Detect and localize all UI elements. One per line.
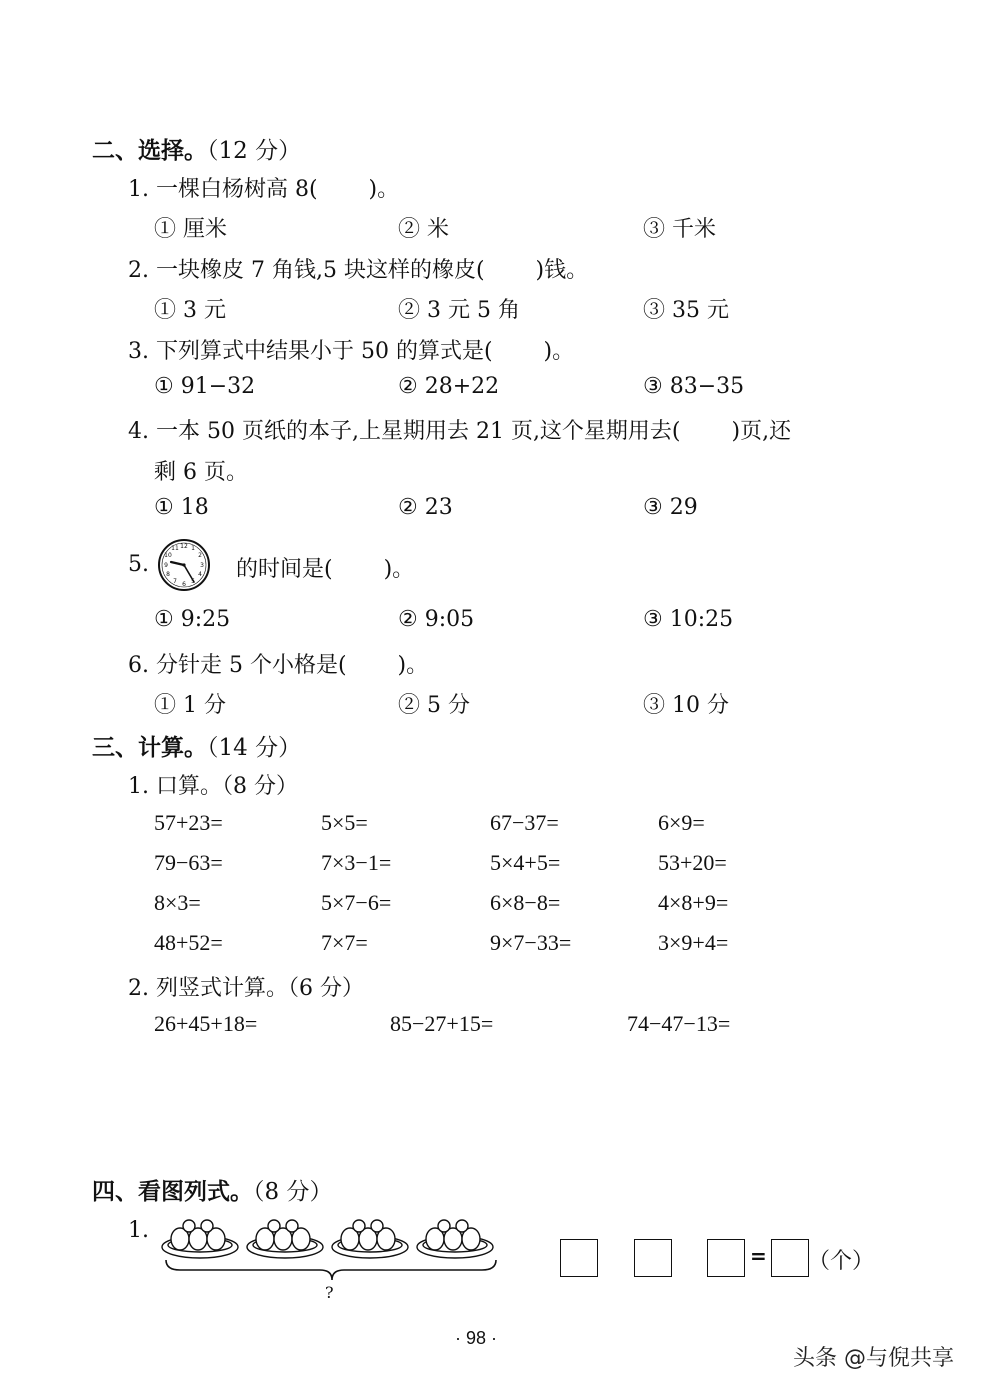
unit-label: （个） [808,1244,874,1275]
svg-text:11: 11 [171,545,179,552]
svg-text:8: 8 [166,571,170,578]
section-3-heading: 三、计算。（14 分） [92,729,301,762]
calc-item: 8×3= [154,890,201,916]
calc-item: 67−37= [490,810,559,836]
q5-option-2[interactable]: ② 9:05 [398,607,474,632]
calc-item: 9×7−33= [490,930,571,956]
q2-option-3[interactable]: ③ 35 元 [643,293,729,324]
question-3: 3. 下列算式中结果小于 50 的算式是( )。 [128,334,574,365]
svg-text:6: 6 [182,581,186,588]
q3-option-2[interactable]: ② 28+22 [398,374,499,399]
svg-text:9: 9 [164,562,168,569]
equals-sign: = [750,1244,767,1268]
section-score: （8 分） [253,1179,332,1205]
vertical-calc-title: 2. 列竖式计算。（6 分） [128,971,364,1002]
question-1: 1. 一棵白杨树高 8( )。 [128,172,399,203]
answer-box-result[interactable] [771,1239,809,1277]
q6-option-1[interactable]: ① 1 分 [154,688,226,719]
section-score: （14 分） [207,735,301,761]
q1-option-3[interactable]: ③ 千米 [643,212,716,243]
page-number: · 98 · [455,1328,497,1349]
answer-box-2[interactable] [634,1239,672,1277]
vertical-calc-item: 85−27+15= [390,1011,493,1037]
question-6: 6. 分针走 5 个小格是( )。 [128,648,428,679]
svg-text:12: 12 [180,543,188,550]
watermark: 头条 @与倪共享 [793,1341,954,1372]
vertical-calc-item: 74−47−13= [627,1011,730,1037]
section-4-heading: 四、看图列式。（8 分） [92,1173,332,1206]
question-4-continued: 剩 6 页。 [154,455,248,486]
calc-item: 6×8−8= [490,890,560,916]
q1-option-1[interactable]: ① 厘米 [154,212,227,243]
brace-question-mark: ? [325,1283,334,1302]
q6-option-2[interactable]: ② 5 分 [398,688,470,719]
svg-text:1: 1 [191,545,195,552]
question-2: 2. 一块橡皮 7 角钱,5 块这样的橡皮( )钱。 [128,253,588,284]
q4-option-3[interactable]: ③ 29 [643,495,698,520]
calc-item: 3×9+4= [658,930,728,956]
picture-question-number: 1. [128,1218,149,1243]
section-title: 二、选择。 [92,138,207,164]
calc-item: 6×9= [658,810,705,836]
q5-option-3[interactable]: ③ 10:25 [643,607,733,632]
calc-item: 5×4+5= [490,850,560,876]
q4-option-1[interactable]: ① 18 [154,495,209,520]
calc-item: 48+52= [154,930,223,956]
question-4: 4. 一本 50 页纸的本子,上星期用去 21 页,这个星期用去( )页,还 [128,414,791,445]
svg-text:10: 10 [164,552,172,559]
calc-item: 7×7= [321,930,368,956]
svg-text:4: 4 [198,571,202,578]
answer-box-1[interactable] [560,1239,598,1277]
q6-option-3[interactable]: ③ 10 分 [643,688,729,719]
question-5: 的时间是( )。 [236,552,414,583]
calc-item: 5×7−6= [321,890,391,916]
svg-text:7: 7 [173,578,177,585]
question-5-number: 5. [128,552,149,577]
q2-option-2[interactable]: ② 3 元 5 角 [398,293,520,324]
section-title: 四、看图列式。 [92,1179,253,1205]
q3-option-1[interactable]: ① 91−32 [154,374,255,399]
q1-option-2[interactable]: ② 米 [398,212,449,243]
calc-item: 7×3−1= [321,850,391,876]
vertical-calc-item: 26+45+18= [154,1011,257,1037]
section-title: 三、计算。 [92,735,207,761]
q4-option-2[interactable]: ② 23 [398,495,453,520]
calc-item: 79−63= [154,850,223,876]
mental-math-title: 1. 口算。（8 分） [128,769,298,800]
q3-option-3[interactable]: ③ 83−35 [643,374,744,399]
svg-text:2: 2 [198,552,202,559]
section-2-heading: 二、选择。（12 分） [92,132,301,165]
clock-icon: 1212 345 678 91011 [157,538,211,592]
answer-box-3[interactable] [707,1239,745,1277]
section-score: （12 分） [207,138,301,164]
calc-item: 53+20= [658,850,727,876]
calc-item: 5×5= [321,810,368,836]
calc-item: 57+23= [154,810,223,836]
svg-text:3: 3 [200,562,204,569]
q2-option-1[interactable]: ① 3 元 [154,293,226,324]
q5-option-1[interactable]: ① 9:25 [154,607,230,632]
calc-item: 4×8+9= [658,890,728,916]
